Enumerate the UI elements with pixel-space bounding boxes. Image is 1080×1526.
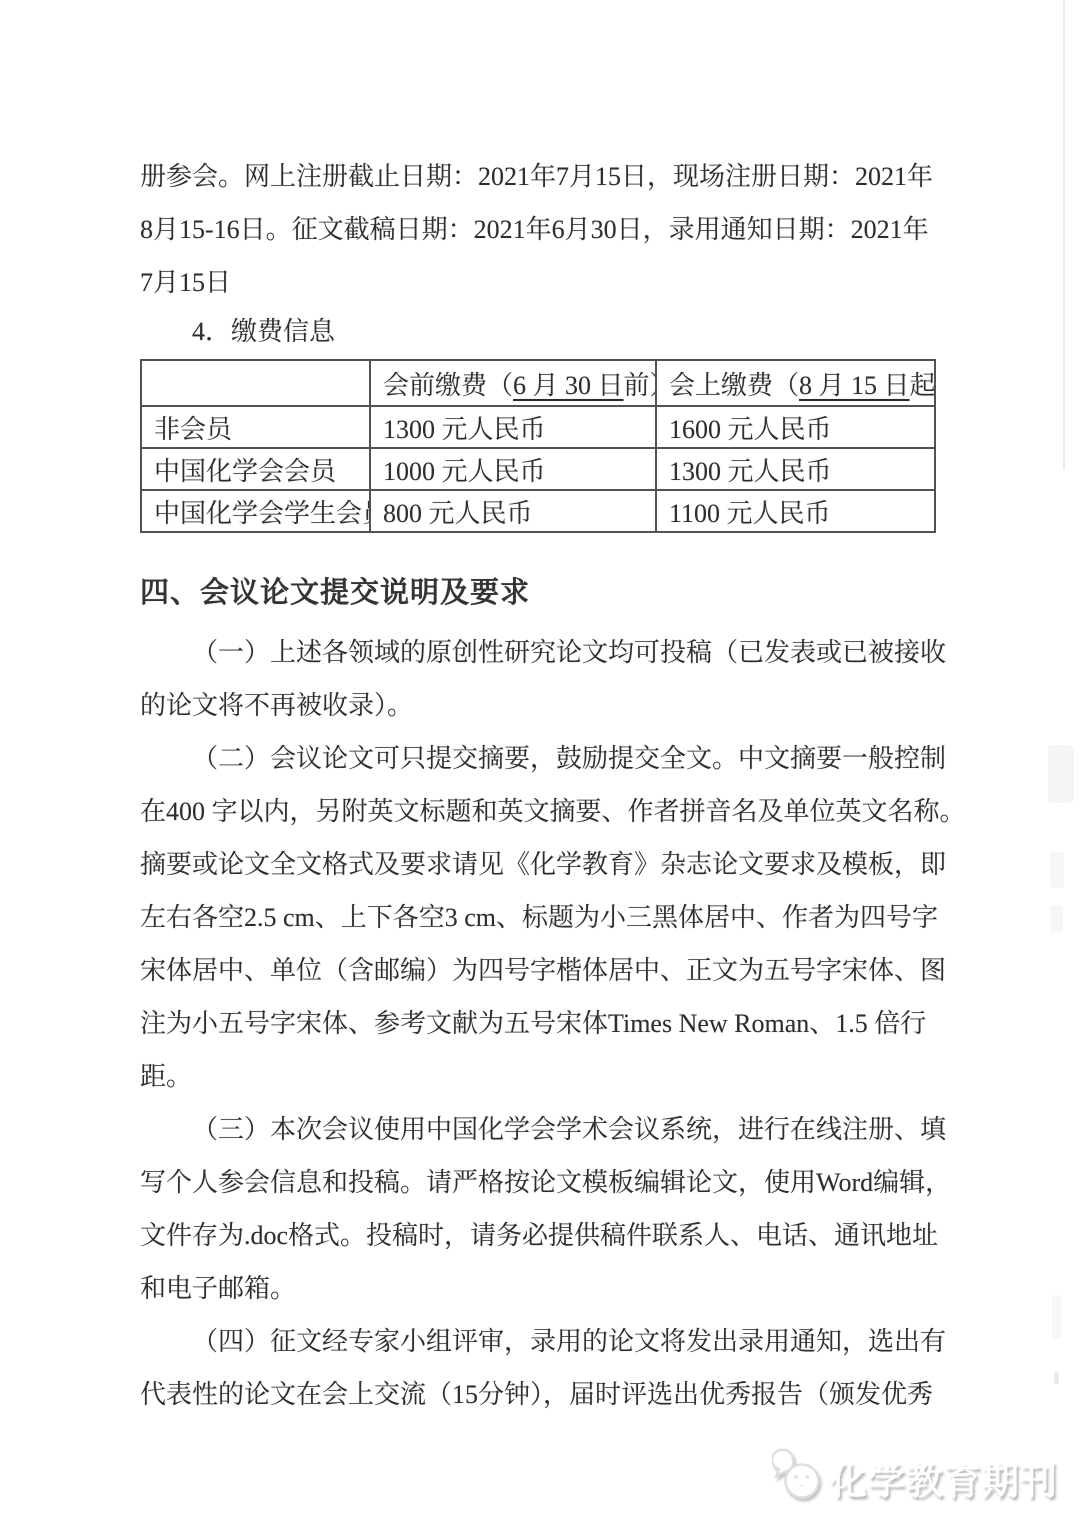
header-early-date: 6 月 30 日 [513,371,624,400]
cell-category: 非会员 [141,406,370,448]
text-line: 7月15日 [140,256,906,309]
document-body: 册参会。网上注册截止日期：2021年7月15日，现场注册日期：2021年 8月1… [140,150,906,1421]
watermark: 化学教育期刊 [772,1448,1058,1507]
text-line: 写个人参会信息和投稿。请严格按论文模板编辑论文，使用Word编辑， [140,1156,906,1209]
text-line: 代表性的论文在会上交流（15分钟），届时评选出优秀报告（颁发优秀 [140,1368,906,1421]
payment-table-header-row: 会前缴费（6 月 30 日前） 会上缴费（8 月 15 日起） [141,360,935,406]
header-category [141,360,370,406]
payment-info-heading: 4．缴费信息 [140,309,906,355]
section-heading: 四、会议论文提交说明及要求 [140,572,906,614]
header-early-prefix: 会前缴费（ [383,371,513,400]
scanned-document-page: 册参会。网上注册截止日期：2021年7月15日，现场注册日期：2021年 8月1… [0,0,1080,1526]
header-onsite-prefix: 会上缴费（ [669,371,799,400]
cell-category: 中国化学会学生会员 [141,490,370,532]
scan-smudge [1050,852,1064,888]
text-line: （一）上述各领域的原创性研究论文均可投稿（已发表或已被接收 [140,626,906,679]
text-line: 册参会。网上注册截止日期：2021年7月15日，现场注册日期：2021年 [140,150,906,203]
text-line: 文件存为.doc格式。投稿时，请务必提供稿件联系人、电话、通讯地址 [140,1209,906,1262]
cell-early-fee: 800 元人民币 [370,490,656,532]
text-line: （二）会议论文可只提交摘要，鼓励提交全文。中文摘要一般控制 [140,732,906,785]
text-line: 8月15-16日。征文截稿日期：2021年6月30日，录用通知日期：2021年 [140,203,906,256]
text-line: 摘要或论文全文格式及要求请见《化学教育》杂志论文要求及模板，即 [140,838,906,891]
header-early-payment: 会前缴费（6 月 30 日前） [370,360,656,406]
text-line: 和电子邮箱。 [140,1262,906,1315]
header-onsite-suffix: 起） [910,371,935,400]
scan-smudge [1048,745,1074,803]
text-line: 在400 字以内，另附英文标题和英文摘要、作者拼音名及单位英文名称。 [140,785,906,838]
table-row-student-member: 中国化学会学生会员 800 元人民币 1100 元人民币 [141,490,935,532]
header-onsite-date: 8 月 15 日 [799,371,910,400]
header-early-suffix: 前） [624,371,656,400]
watermark-label: 化学教育期刊 [830,1451,1058,1505]
scan-smudge [1050,905,1063,933]
scan-edge-line [1063,0,1065,470]
header-onsite-payment: 会上缴费（8 月 15 日起） [656,360,935,406]
scan-smudge [1052,1295,1062,1339]
text-line: （三）本次会议使用中国化学会学术会议系统，进行在线注册、填 [140,1103,906,1156]
text-line: 左右各空2.5 cm、上下各空3 cm、标题为小三黑体居中、作者为四号字 [140,891,906,944]
table-row-member: 中国化学会会员 1000 元人民币 1300 元人民币 [141,448,935,490]
text-line: 的论文将不再被收录）。 [140,679,906,732]
table-row-nonmember: 非会员 1300 元人民币 1600 元人民币 [141,406,935,448]
cell-early-fee: 1000 元人民币 [370,448,656,490]
text-line: 距。 [140,1050,906,1103]
payment-table: 会前缴费（6 月 30 日前） 会上缴费（8 月 15 日起） 非会员 1300… [140,359,936,533]
journal-logo-icon [772,1448,822,1507]
cell-category: 中国化学会会员 [141,448,370,490]
cell-onsite-fee: 1100 元人民币 [656,490,935,532]
cell-early-fee: 1300 元人民币 [370,406,656,448]
text-line: 宋体居中、单位（含邮编）为四号字楷体居中、正文为五号字宋体、图 [140,944,906,997]
text-line: （四）征文经专家小组评审，录用的论文将发出录用通知，选出有 [140,1315,906,1368]
scan-smudge [1054,1372,1059,1384]
text-line: 注为小五号字宋体、参考文献为五号宋体Times New Roman、1.5 倍行 [140,997,906,1050]
cell-onsite-fee: 1600 元人民币 [656,406,935,448]
cell-onsite-fee: 1300 元人民币 [656,448,935,490]
